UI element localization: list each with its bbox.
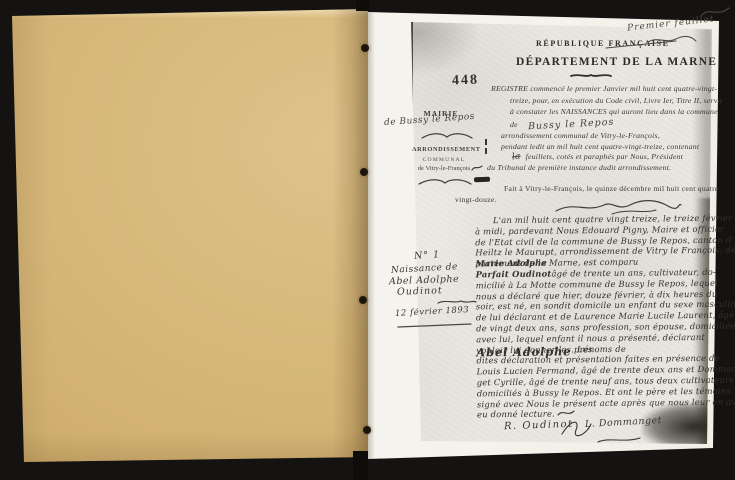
fold-mark <box>485 148 487 154</box>
certification-line: Fait à Vitry-le-François, le quinze déce… <box>504 184 721 193</box>
margin-flourish <box>437 298 477 305</box>
arrondissement-label: ARRONDISSEMENT <box>412 146 476 153</box>
brace-ornament <box>420 132 474 140</box>
annotation-scribble-corner <box>699 4 731 20</box>
intro-line: arrondissement communal de Vitry-le-Fran… <box>501 131 660 140</box>
smudge-top-left <box>411 22 486 80</box>
margin-rule <box>397 322 473 329</box>
intro-line: pendant ledit an mil huit cent quatre-vi… <box>501 142 699 151</box>
ink-strike <box>606 40 678 50</box>
brace-ornament <box>417 178 473 186</box>
binding-tab-bottom <box>353 451 368 480</box>
communal-label: COMMUNAL <box>412 157 476 163</box>
intro-line: lafeuillets, cotés et paraphés par Nous,… <box>512 152 683 162</box>
intro-line: du Tribunal de première instance dudit a… <box>487 163 671 172</box>
father-name: Parfait Oudinot <box>475 269 551 280</box>
intro-line: treize, pour, en exécution du Code civil… <box>510 96 723 105</box>
binding-hole <box>363 426 371 434</box>
vitry-label: de Vitry-le-François <box>410 165 478 172</box>
department-title: DÉPARTEMENT DE LA MARNE <box>516 56 668 68</box>
torn-edge-shadow <box>368 12 375 459</box>
binding-hole <box>359 296 367 304</box>
fold-mark <box>485 139 487 145</box>
intro-line: deBussy le Repos <box>510 119 614 130</box>
certification-line: vingt-douze. <box>455 195 497 204</box>
header-ornament <box>570 72 612 79</box>
binding-hole <box>360 168 368 176</box>
gutter-shadow <box>332 9 369 459</box>
signature-underflourish <box>596 435 642 445</box>
intro-line-printed: feuillets, cotés et paraphés par Nous, P… <box>526 152 683 161</box>
act-number: N° 1 <box>414 249 441 262</box>
intro-line: à constater les NAISSANCES qui auront li… <box>510 107 718 116</box>
margin-note-line: Oudinot <box>397 285 443 298</box>
binding-hole <box>361 44 369 52</box>
binding-tab-top <box>356 0 369 11</box>
register-number: 448 <box>452 73 480 90</box>
intro-line-printed: de <box>510 120 518 129</box>
birth-act-text: L'an mil huit cent quatre vingt treize, … <box>475 213 731 421</box>
feuillets-count-handwritten: la <box>512 151 522 162</box>
intro-line: REGISTRE commencé le premier Janvier mil… <box>491 84 717 93</box>
register-scan: Premier feuillet RÉPUBLIQUE FRANÇAISE DÉ… <box>0 0 735 480</box>
ink-blot <box>474 177 490 183</box>
